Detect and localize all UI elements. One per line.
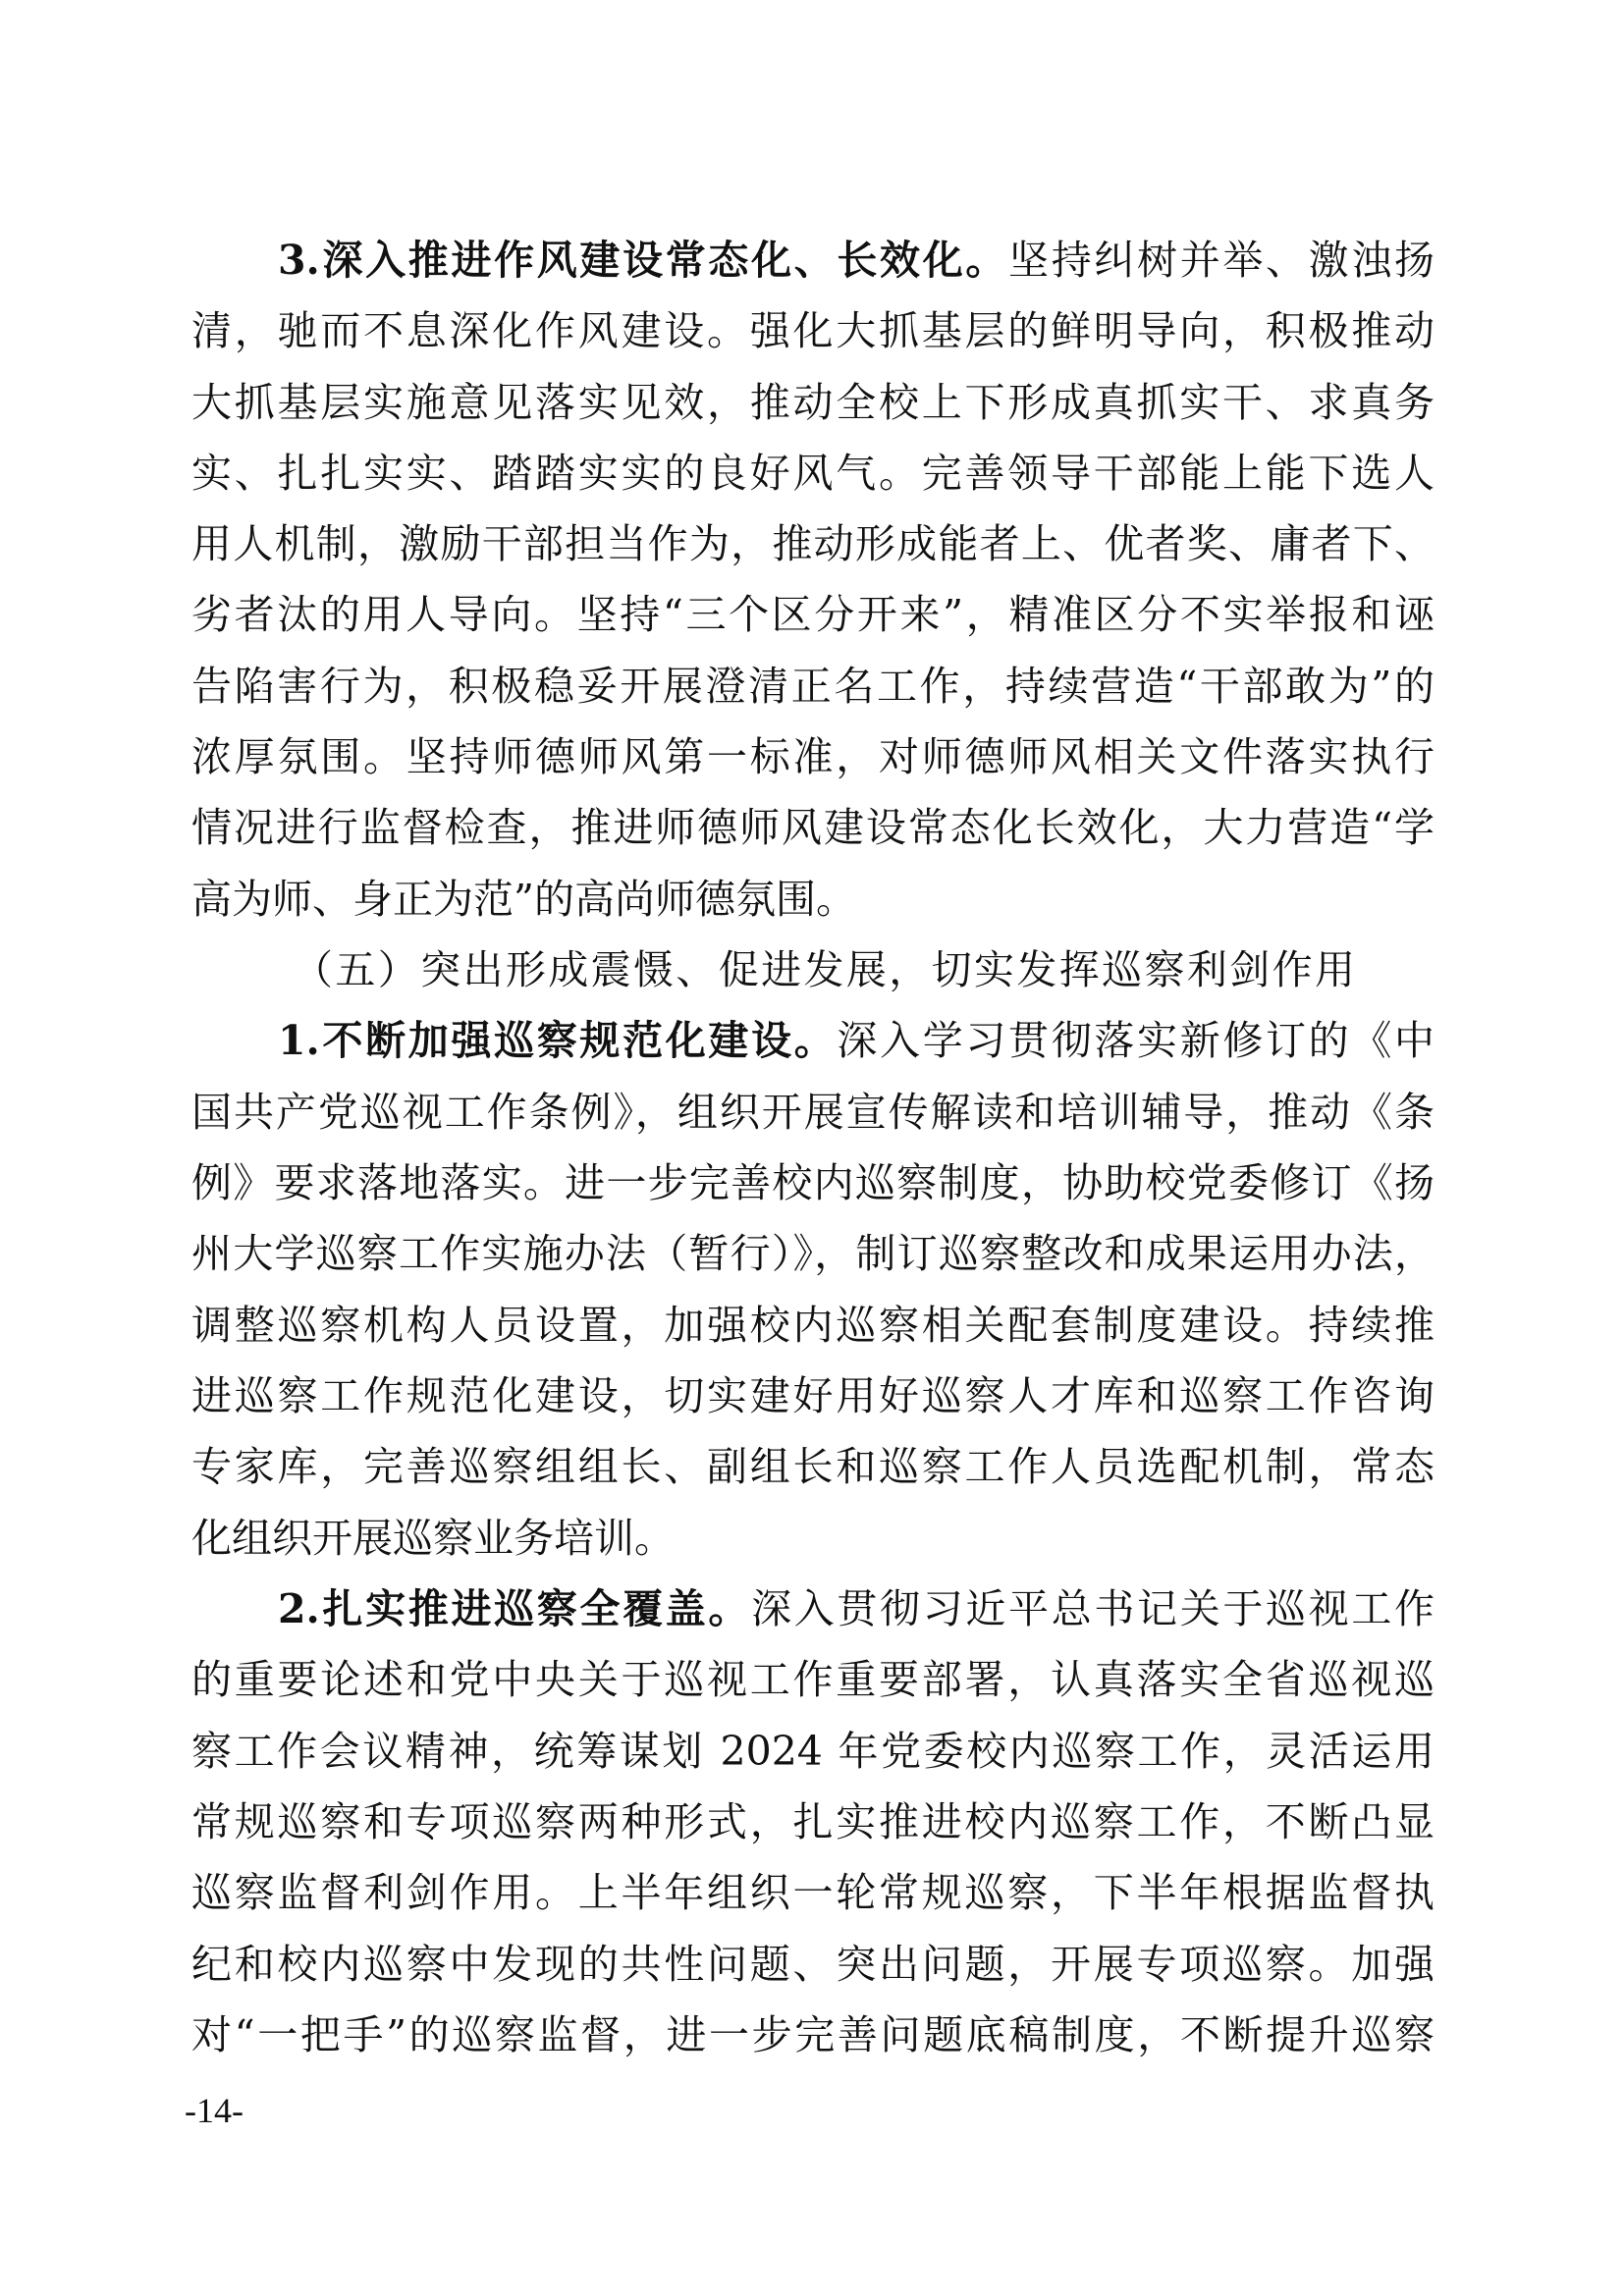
paragraph-line: 例》要求落地落实。进一步完善校内巡察制度，协助校党委修订《扬 bbox=[191, 1155, 1435, 1210]
paragraph-line: 大抓基层实施意见落实见效，推动全校上下形成真抓实干、求真务 bbox=[191, 375, 1435, 430]
paragraph-line: 对“一把手”的巡察监督，进一步完善问题底稿制度，不断提升巡察 bbox=[191, 2007, 1435, 2062]
paragraph-line: 进巡察工作规范化建设，切实建好用好巡察人才库和巡察工作咨询 bbox=[191, 1368, 1435, 1423]
paragraph-text: 深入学习贯彻落实新修订的《中 bbox=[837, 1017, 1435, 1064]
paragraph-line: 用人机制，激励干部担当作为，推动形成能者上、优者奖、庸者下、 bbox=[191, 516, 1435, 571]
paragraph-line: 调整巡察机构人员设置，加强校内巡察相关配套制度建设。持续推 bbox=[191, 1298, 1435, 1353]
paragraph-line: 浓厚氛围。坚持师德师风第一标准，对师德师风相关文件落实执行 bbox=[191, 729, 1435, 784]
document-page: 3.深入推进作风建设常态化、长效化。坚持纠树并举、激浊扬 清，驰而不息深化作风建… bbox=[0, 0, 1624, 2296]
paragraph-line: 国共产党巡视工作条例》，组织开展宣传解读和培训辅导，推动《条 bbox=[191, 1085, 1435, 1140]
paragraph-lead-bold: 2.扎实推进巡察全覆盖。 bbox=[278, 1585, 751, 1632]
paragraph-text: 深入贯彻习近平总书记关于巡视工作 bbox=[751, 1585, 1435, 1632]
paragraph-line: 化组织开展巡察业务培训。 bbox=[191, 1511, 1435, 1566]
section-heading: （五）突出形成震慑、促进发展，切实发挥巡察利剑作用 bbox=[293, 942, 1355, 997]
paragraph-lead-bold: 3.深入推进作风建设常态化、长效化。 bbox=[278, 237, 1008, 284]
paragraph-line: 专家库，完善巡察组组长、副组长和巡察工作人员选配机制，常态 bbox=[191, 1439, 1435, 1494]
paragraph-line: 察工作会议精神，统筹谋划 2024 年党委校内巡察工作，灵活运用 bbox=[191, 1724, 1435, 1779]
paragraph-line: 告陷害行为，积极稳妥开展澄清正名工作，持续营造“干部敢为”的 bbox=[191, 659, 1435, 714]
page-number: -14- bbox=[185, 2089, 244, 2132]
paragraph-line: 清，驰而不息深化作风建设。强化大抓基层的鲜明导向，积极推动 bbox=[191, 303, 1435, 358]
paragraph-line: 2.扎实推进巡察全覆盖。深入贯彻习近平总书记关于巡视工作 bbox=[278, 1581, 1435, 1636]
paragraph-line: 纪和校内巡察中发现的共性问题、突出问题，开展专项巡察。加强 bbox=[191, 1937, 1435, 1992]
paragraph-line: 实、扎扎实实、踏踏实实的良好风气。完善领导干部能上能下选人 bbox=[191, 446, 1435, 501]
paragraph-line: 巡察监督利剑作用。上半年组织一轮常规巡察，下半年根据监督执 bbox=[191, 1865, 1435, 1920]
paragraph-line: 高为师、身正为范”的高尚师德氛围。 bbox=[191, 872, 1435, 927]
paragraph-line: 常规巡察和专项巡察两种形式，扎实推进校内巡察工作，不断凸显 bbox=[191, 1794, 1435, 1849]
paragraph-line: 3.深入推进作风建设常态化、长效化。坚持纠树并举、激浊扬 bbox=[278, 233, 1435, 288]
paragraph-line: 1.不断加强巡察规范化建设。深入学习贯彻落实新修订的《中 bbox=[278, 1013, 1435, 1068]
paragraph-line: 劣者汰的用人导向。坚持“三个区分开来”，精准区分不实举报和诬 bbox=[191, 587, 1435, 642]
paragraph-line: 情况进行监督检查，推进师德师风建设常态化长效化，大力营造“学 bbox=[191, 800, 1435, 855]
paragraph-text: 坚持纠树并举、激浊扬 bbox=[1008, 237, 1435, 284]
paragraph-lead-bold: 1.不断加强巡察规范化建设。 bbox=[278, 1017, 837, 1064]
paragraph-line: 的重要论述和党中央关于巡视工作重要部署，认真落实全省巡视巡 bbox=[191, 1652, 1435, 1707]
paragraph-line: 州大学巡察工作实施办法（暂行）》，制订巡察整改和成果运用办法， bbox=[191, 1226, 1435, 1281]
